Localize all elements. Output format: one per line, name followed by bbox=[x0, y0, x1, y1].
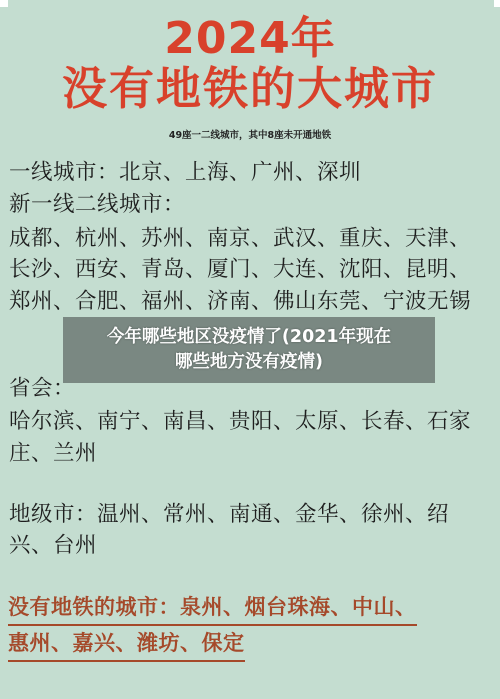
caption-overlay: 今年哪些地区没疫情了(2021年现在 哪些地方没有疫情) bbox=[63, 317, 435, 383]
tier2-line-3: 郑州、合肥、福州、济南、佛山东莞、宁波无锡 bbox=[9, 289, 471, 315]
page-title: 没有地铁的大城市 bbox=[0, 62, 500, 116]
caption-line-2: 哪些地方没有疫情) bbox=[175, 350, 323, 375]
subtitle: 49座一二线城市，其中8座未开通地铁 bbox=[0, 129, 500, 143]
prefecture-line-1: 地级市：温州、常州、南通、金华、徐州、绍 bbox=[9, 502, 449, 528]
corner-mark-right bbox=[494, 0, 500, 7]
prefecture-line-2: 兴、台州 bbox=[9, 533, 97, 559]
tier2-line-2: 长沙、西安、青岛、厦门、大连、沈阳、昆明、 bbox=[9, 257, 471, 283]
no-metro-line-2: 惠州、嘉兴、潍坊、保定 bbox=[8, 630, 245, 662]
capitals-line-1: 哈尔滨、南宁、南昌、贵阳、太原、长春、石家 bbox=[9, 409, 471, 435]
no-metro-line-1: 没有地铁的城市：泉州、烟台珠海、中山、 bbox=[8, 594, 417, 626]
tier1-cities: 一线城市：北京、上海、广州、深圳 bbox=[9, 160, 361, 186]
tier2-heading: 新一线二线城市： bbox=[9, 192, 185, 218]
tier2-line-1: 成都、杭州、苏州、南京、武汉、重庆、天津、 bbox=[9, 226, 471, 252]
capitals-line-2: 庄、兰州 bbox=[9, 441, 97, 467]
title-year: 2024年 bbox=[0, 14, 500, 64]
corner-mark-left bbox=[0, 0, 8, 7]
caption-line-1: 今年哪些地区没疫情了(2021年现在 bbox=[107, 325, 391, 350]
